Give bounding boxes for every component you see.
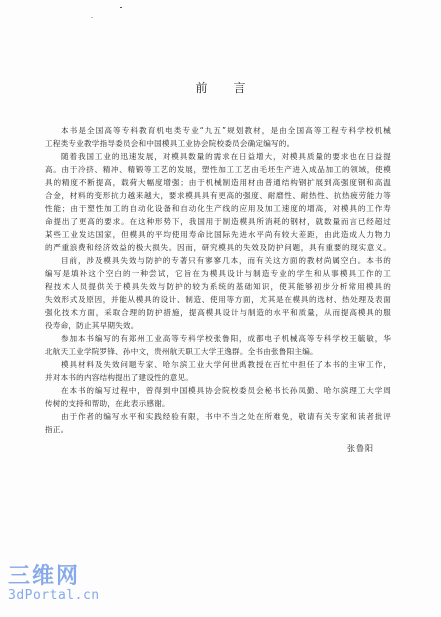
scan-speck: [120, 7, 122, 8]
watermark-domain: 3dPortal.cn: [8, 589, 100, 603]
text-line: 北航天工业学院罗锋、孙中文，贵州航天职工大学王逸群。全书由张鲁阳主编。: [45, 345, 391, 358]
text-line: 合金，材料的变形抗力越来越大，要求模具具有更高的强度、耐磨性、耐热性、抗热疲劳能…: [45, 189, 391, 202]
site-watermark: 三维网 3dPortal.cn: [8, 565, 100, 603]
text-line: 随着我国工业的迅速发展，对模具数量的需求在日益增大，对模具质量的要求也在日益提: [45, 150, 391, 163]
text-line: 高。由于冷挤、精冲、精锻等工艺的发展，塑性加工工艺由毛坯生产进入成品加工的领域，…: [45, 163, 391, 176]
text-line: 并对本书的内容结构提出了建设性的意见。: [45, 371, 391, 384]
document-page: 前言 本书是全国高等专科教育机电类专业“九五”规划教材，是由全国高等工程专科学校…: [0, 0, 441, 617]
text-line: 失效形式及原因，并能从模具的设计、制造、使用等方面，尤其是在模具的选材、热处理及…: [45, 293, 391, 306]
text-line: 模具材料及失效问题专家、哈尔滨工业大学何世禹教授在百忙中担任了本书的主审工作，: [45, 358, 391, 371]
text-line: 指正。: [45, 423, 391, 436]
text-line: 编写是填补这个空白的一种尝试，它旨在为模具设计与制造专业的学生和从事模具工作的工: [45, 267, 391, 280]
text-line: 的严重浪费和经济效益的极大损失。因而，研究模具的失效及防护问题，具有重要的现实意…: [45, 241, 391, 254]
text-line: 在本书的编写过程中，曾得到中国模具协会院校委员会秘书长孙凤勤、哈尔滨理工大学周: [45, 384, 391, 397]
text-line: 传树的支持和帮助，在此表示感谢。: [45, 397, 391, 410]
text-line: 参加本书编写的有郑州工业高等专科学校张鲁阳，成都电子机械高等专科学校王毓敏，华: [45, 332, 391, 345]
text-line: 目前，涉及模具失效与防护的专著只有寥寥几本，而有关这方面的教材尚属空白。本书的: [45, 254, 391, 267]
text-line: 性能；由于塑性加工的自动化设备和自动化生产线的应用及加工速度的增高，对模具的工作…: [45, 202, 391, 215]
text-line: 强化技术方面，采取合理的防护措施，提高模具设计与制造的水平和质量，从而提高模具的…: [45, 306, 391, 319]
watermark-logo-text: 三维网: [8, 565, 100, 589]
text-line: 由于作者的编写水平和实践经验有限，书中不当之处在所难免，敬请有关专家和读者批评: [45, 410, 391, 423]
text-line: 命提出了更高的要求。在这种形势下，我国用于制造模具所消耗的钢材，就数量而言已经超…: [45, 215, 391, 228]
preface-body: 本书是全国高等专科教育机电类专业“九五”规划教材，是由全国高等工程专科学校机械 …: [45, 124, 391, 436]
text-line: 役寿命，防止其早期失效。: [45, 319, 391, 332]
text-line: 某些工业发达国家，但模具的平均使用寿命比国际先进水平尚有较大差距，由此造成人力物…: [45, 228, 391, 241]
text-line: 本书是全国高等专科教育机电类专业“九五”规划教材，是由全国高等工程专科学校机械: [45, 124, 391, 137]
text-line: 程技术人员提供关于模具失效与防护的较为系统的基础知识，使其能够初步分析常用模具的: [45, 280, 391, 293]
text-line: 具的精度不断提高，载荷大幅度增强；由于机械制造用材由普通结构钢扩展到高强度钢和高…: [45, 176, 391, 189]
text-line: 工程类专业教学指导委员会和中国模具工业协会院校委员会确定编写的。: [45, 137, 391, 150]
scan-speck: [91, 17, 93, 18]
author-signature: 张鲁阳: [347, 443, 374, 454]
page-title: 前言: [0, 79, 441, 96]
